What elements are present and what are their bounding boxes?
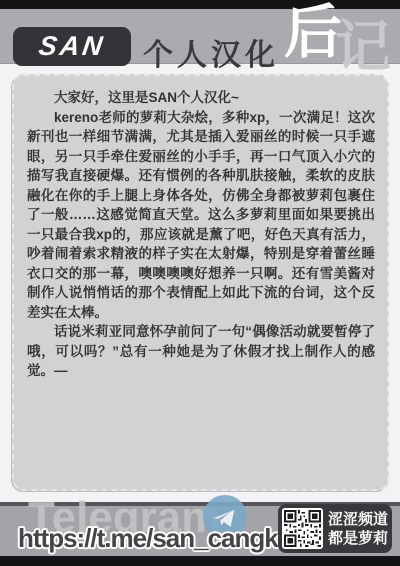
afterword-paragraph: 大家好，这里是SAN个人汉化~ xyxy=(27,88,375,108)
afterword-paragraph: 话说米莉亚同意怀孕前问了一句“偶像活动就要暂停了哦，可以吗？”总有一种她是为了休… xyxy=(27,322,375,381)
stamp-char-hou: 后 xyxy=(284,4,342,62)
telegram-channel-link[interactable]: https://t.me/san_cangku xyxy=(18,523,293,554)
san-logo-badge: SAN xyxy=(13,27,131,66)
afterword-paragraph: kereno老师的萝莉大杂烩，多种xp，一次满足！这次新刊也一样细节满满，尤其是… xyxy=(27,108,375,323)
afterword-page: SAN 个人汉化 后 记 大家好，这里是SAN个人汉化~ kereno老师的萝莉… xyxy=(0,0,400,566)
afterword-text: 大家好，这里是SAN个人汉化~ kereno老师的萝莉大杂烩，多种xp，一次满足… xyxy=(14,76,387,381)
san-logo-text: SAN xyxy=(37,31,107,62)
afterword-text-box: 大家好，这里是SAN个人汉化~ kereno老师的萝莉大杂烩，多种xp，一次满足… xyxy=(12,74,389,491)
qr-code xyxy=(282,508,323,549)
header-title: 个人汉化 xyxy=(143,30,279,74)
qr-banner: 涩涩频道 都是萝莉 xyxy=(278,504,392,553)
stamp-char-ji: 记 xyxy=(335,19,391,75)
bottom-border-bar xyxy=(0,556,400,566)
qr-caption-line1: 涩涩频道 xyxy=(328,510,388,529)
qr-caption-line2: 都是萝莉 xyxy=(328,529,388,548)
qr-caption: 涩涩频道 都是萝莉 xyxy=(328,510,388,548)
